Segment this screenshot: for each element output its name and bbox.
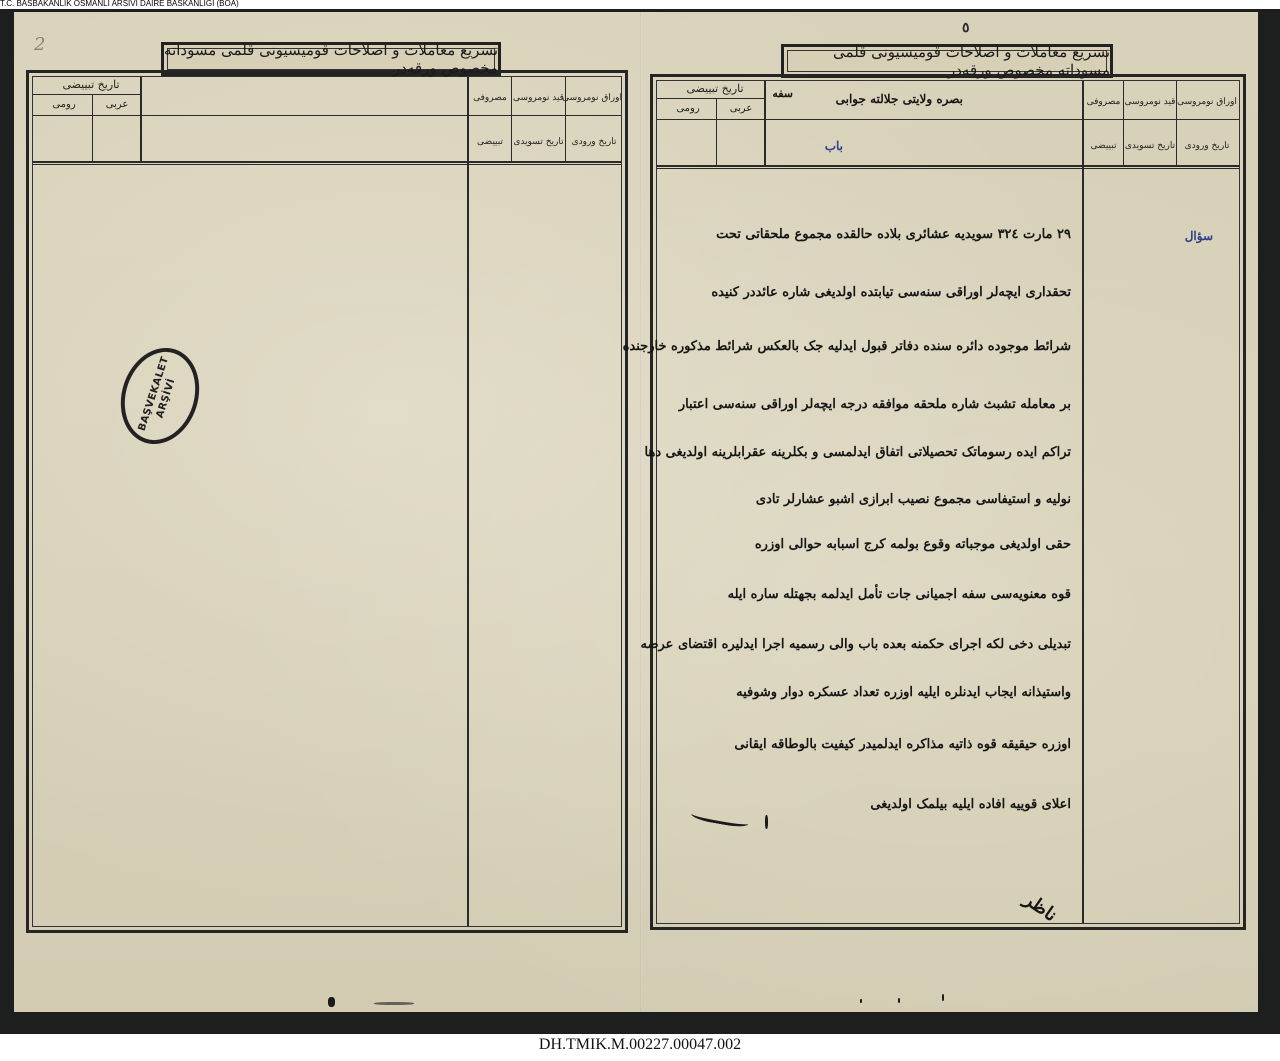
tarih-vurudu-label: تاریخ ورودی xyxy=(566,137,622,147)
subject-note: سفه xyxy=(753,87,793,100)
form-title-right: تسریع معاملات و اصلاحات قومیسیونی قلمی م… xyxy=(784,43,1110,79)
col-divider-3 xyxy=(1176,81,1177,166)
left-page: 2 تسریع معاملات و اصلاحات قومیسیونی قلمی… xyxy=(14,12,640,1012)
body-line-12: اعلای قوییه افاده ایلیه بیلمک اولدیغی xyxy=(783,797,1071,812)
ink-dot xyxy=(942,994,944,1001)
body-line-5: تراکم ایده رسوماتک تحصیلاتی اتفاق ایدلمس… xyxy=(671,445,1071,460)
ink-smudge xyxy=(374,1002,414,1005)
date-subcol-divider xyxy=(92,94,93,162)
tarih-tebyiz-label: تاریخ تبییضی xyxy=(43,78,139,91)
col-divider-2 xyxy=(1123,81,1124,166)
rumi-label: رومی xyxy=(37,99,91,110)
body-line-2: تحقداری ایچه‌لر اوراقی سنه‌سی تیابتده او… xyxy=(671,285,1071,300)
tarih-tesvidi-label: تاریخ تسویدی xyxy=(512,137,565,147)
arabi-label: عربی xyxy=(719,103,763,114)
subject-line: بصره ولایتی جلالته جوابی xyxy=(803,92,963,106)
form-table-right: تاریخ تبییضی عربی رومی مصروفی قید نومروس… xyxy=(650,74,1246,930)
masrafi-label: مصروفی xyxy=(469,93,511,103)
ink-dot xyxy=(860,999,862,1003)
tarih-vurudu-label: تاریخ ورودی xyxy=(1177,141,1237,151)
header-row-divider xyxy=(657,119,1239,120)
body-line-7: حقی اولدیغی موجباته وقوع بولمه کرج اسباب… xyxy=(671,537,1071,552)
body-line-8: قوه معنویه‌سی سفه اجمیانی جات تأمل ایدلم… xyxy=(671,587,1071,602)
form-title: تسریع معاملات و اصلاحات قومیسیونی قلمی م… xyxy=(164,41,498,77)
body-line-1: ٢٩ مارت ٣٢٤ سویدیه عشائری بلاده حالقده م… xyxy=(671,227,1071,242)
kayit-numarasi-label: قید نومروسی xyxy=(1124,97,1176,107)
scanned-document: 2 تسریع معاملات و اصلاحات قومیسیونی قلمی… xyxy=(0,8,1280,1034)
rumi-label: رومی xyxy=(661,103,715,114)
date-subcol-divider xyxy=(716,98,717,166)
tarih-tesvidi-label: تاریخ تسویدی xyxy=(1124,141,1176,151)
evrak-numarasi-label: اوراق نومروسی xyxy=(566,93,622,103)
body-line-11: اوزره حیقیقه قوه ذاتیه مذاکره ایدلمیدر ک… xyxy=(671,737,1071,752)
arabi-label: عربی xyxy=(95,99,139,110)
category-note: باب xyxy=(813,139,843,153)
body-line-9: تبدیلی دخی لکه اجرای حکمنه بعده باب والی… xyxy=(671,637,1071,652)
tebyiz-label: تبییضی xyxy=(1084,141,1123,151)
col-divider-2 xyxy=(511,77,512,162)
archive-header-bar: T.C. BASBAKANLIK OSMANLI ARSIVI DAIRE BA… xyxy=(0,0,1280,9)
archive-label: T.C. BASBAKANLIK OSMANLI ARSIVI DAIRE BA… xyxy=(0,0,243,8)
form-title-band: تسریع معاملات و اصلاحات قومیسیونی قلمی م… xyxy=(161,42,501,76)
main-col-divider xyxy=(1082,81,1084,923)
right-page: ٥ تسریع معاملات و اصلاحات قومیسیونی قلمی… xyxy=(642,12,1258,1012)
date-sub-divider xyxy=(33,94,141,95)
main-col-divider xyxy=(467,77,469,926)
form-table: تاریخ تبییضی عربی رومی مصروفی قید نومروس… xyxy=(26,70,628,933)
ink-dot xyxy=(898,998,900,1003)
header-bottom-line-2 xyxy=(33,164,621,165)
header-row-divider xyxy=(33,115,621,116)
paper-sheet: 2 تسریع معاملات و اصلاحات قومیسیونی قلمی… xyxy=(14,12,1258,1012)
header-bottom-line xyxy=(33,161,621,163)
body-line-10: واستیذانه ایجاب ایدنلره ایلیه اوزره تعدا… xyxy=(671,685,1071,700)
header-bottom-line xyxy=(657,165,1239,167)
date-sub-divider xyxy=(657,98,765,99)
pen-tick xyxy=(765,815,768,829)
ink-blot xyxy=(328,997,335,1007)
evrak-numarasi-label: اوراق نومروسی xyxy=(1177,97,1237,107)
col-divider-3 xyxy=(565,77,566,162)
form-title-band-right: تسریع معاملات و اصلاحات قومیسیونی قلمی م… xyxy=(781,44,1113,78)
folio-number: 2 xyxy=(34,34,45,55)
folio-number-right: ٥ xyxy=(962,20,970,36)
date-col-divider xyxy=(140,77,142,162)
body-line-3: شرائط موجوده دائره سنده دفاتر قبول ایدلی… xyxy=(671,339,1071,354)
document-reference-code: DH.TMIK.M.00227.00047.002 xyxy=(0,1036,1280,1054)
body-line-4: بر معامله تشبث شاره ملحقه موافقه درجه ای… xyxy=(671,397,1071,412)
tebyiz-label: تبییضی xyxy=(469,137,511,147)
body-line-6: نولیه و استیفاسی مجموع نصیب ابرازی اشبو … xyxy=(671,492,1071,507)
header-bottom-line-2 xyxy=(657,168,1239,169)
tarih-tebyiz-label: تاریخ تبییضی xyxy=(667,82,763,95)
kayit-numarasi-label: قید نومروسی xyxy=(512,93,565,103)
masrafi-label: مصروفی xyxy=(1084,97,1123,107)
margin-note: سؤال xyxy=(1173,229,1213,243)
